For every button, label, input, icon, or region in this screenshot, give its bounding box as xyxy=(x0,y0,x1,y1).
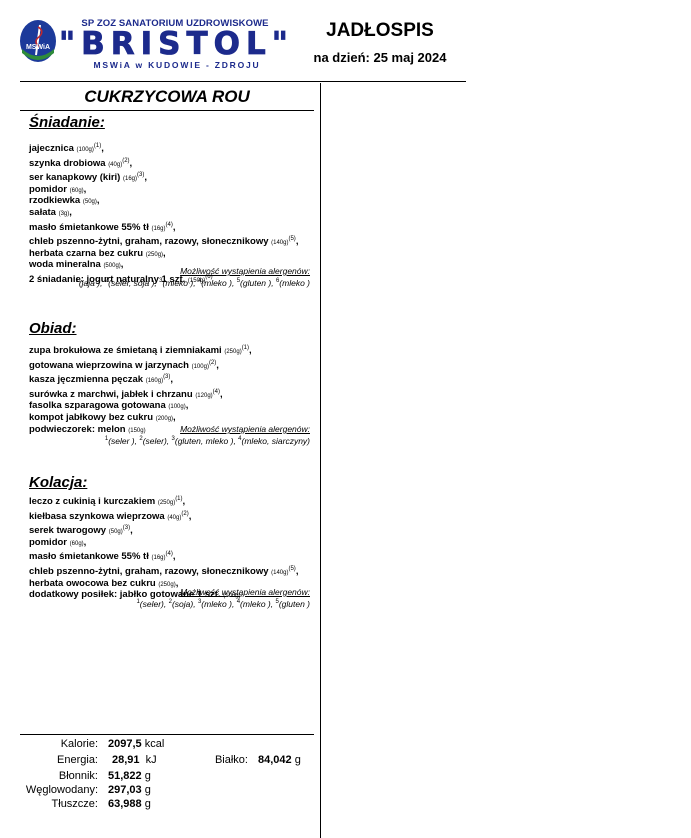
divider xyxy=(20,734,314,735)
separator: , xyxy=(130,158,133,169)
nutrition-label: Tłuszcze: xyxy=(0,797,98,811)
separator: , xyxy=(173,222,176,233)
menu-item-name: fasolka szparagowa gotowana xyxy=(29,400,168,411)
allergen-text: (mleko, siarczyny) xyxy=(242,436,310,446)
column-divider xyxy=(320,83,321,838)
meal-heading-breakfast: Śniadanie: xyxy=(29,114,105,131)
separator: , xyxy=(296,566,299,577)
menu-item-name: kiełbasa szynkowa wieprzowa xyxy=(29,511,167,522)
allergen-text: (jaja ), xyxy=(79,278,105,288)
allergen-label-lunch: Możliwość wystąpienia alergenów: xyxy=(20,424,310,434)
nutrition-value: 84,042 g xyxy=(258,753,301,767)
menu-item-name: sałata xyxy=(29,207,59,218)
allergen-ref: (1) xyxy=(242,345,249,351)
menu-item: kiełbasa szynkowa wieprzowa (40g)(2), xyxy=(29,509,319,524)
separator: , xyxy=(216,360,219,371)
menu-item-portion: (250g) xyxy=(224,349,241,355)
separator: , xyxy=(84,184,87,195)
menu-item-portion: (100g) xyxy=(77,147,94,153)
menu-item-name: zupa brokułowa ze śmietaną i ziemniakami xyxy=(29,345,224,356)
menu-item-portion: (250g) xyxy=(146,252,163,258)
menu-item-portion: (60g) xyxy=(70,188,84,194)
menu-item: kasza jęczmienna pęczak (160g)(3), xyxy=(29,372,319,387)
separator: , xyxy=(130,525,133,536)
menu-item: gotowana wieprzowina w jarzynach (100g)(… xyxy=(29,358,319,373)
allergen-ref: (2) xyxy=(181,511,188,517)
menu-item-name: kasza jęczmienna pęczak xyxy=(29,374,146,385)
menu-item-name: surówka z marchwi, jabłek i chrzanu xyxy=(29,389,195,400)
menu-item: pomidor (60g), xyxy=(29,538,319,550)
menu-item-name: masło śmietankowe 55% tł xyxy=(29,551,152,562)
menu-item: ser kanapkowy (kiri) (16g)(3), xyxy=(29,170,319,185)
allergen-text: (seler ), xyxy=(108,436,139,446)
menu-item-portion: (16g) xyxy=(152,555,166,561)
sanatorium-logo: MSWiA SP ZOZ SANATORIUM UZDROWISKOWE "BR… xyxy=(19,17,284,67)
allergen-ref: (4) xyxy=(213,389,220,395)
menu-item: sałata (3g), xyxy=(29,208,319,220)
allergen-ref: (4) xyxy=(166,222,173,228)
separator: , xyxy=(186,400,189,411)
menu-item: chleb pszenno-żytni, graham, razowy, sło… xyxy=(29,564,319,579)
meal-items-breakfast: jajecznica (100g)(1),szynka drobiowa (40… xyxy=(29,141,319,287)
allergen-ref: (3) xyxy=(123,525,130,531)
separator: , xyxy=(173,551,176,562)
page-title: JADŁOSPIS xyxy=(300,20,460,42)
allergen-label-dinner: Możliwość wystąpienia alergenów: xyxy=(20,587,310,597)
separator: , xyxy=(170,374,173,385)
logo-name: "BRISTOL" xyxy=(59,27,291,61)
allergen-text: (gluten ), xyxy=(240,278,276,288)
separator: , xyxy=(296,236,299,247)
separator: , xyxy=(144,172,147,183)
logo-bottom-text: MSWiA w KUDOWIE - ZDROJU xyxy=(77,60,277,70)
nutrition-label: Błonnik: xyxy=(0,769,98,783)
menu-item: zupa brokułowa ze śmietaną i ziemniakami… xyxy=(29,343,319,358)
menu-item-name: jajecznica xyxy=(29,143,77,154)
menu-item-portion: (40g) xyxy=(108,162,122,168)
allergen-text: (seler), xyxy=(143,436,172,446)
allergen-text: (mleko ), xyxy=(163,278,198,288)
divider xyxy=(20,110,314,111)
menu-item-portion: (140g) xyxy=(271,240,288,246)
menu-item-portion: (250g) xyxy=(158,500,175,506)
svg-text:MSWiA: MSWiA xyxy=(26,44,50,51)
separator: , xyxy=(183,496,186,507)
menu-item-name: serek twarogowy xyxy=(29,525,109,536)
menu-item-portion: (100g) xyxy=(168,404,185,410)
menu-item-name: pomidor xyxy=(29,184,70,195)
allergen-text: (seler, soja ), xyxy=(108,278,159,288)
separator: , xyxy=(84,537,87,548)
menu-item: masło śmietankowe 55% tł (16g)(4), xyxy=(29,549,319,564)
allergen-text: (seler), xyxy=(140,599,169,609)
allergen-text: (mleko ), xyxy=(240,599,275,609)
meal-heading-lunch: Obiad: xyxy=(29,320,77,337)
menu-item: rzodkiewka (50g), xyxy=(29,196,319,208)
allergen-ref: (5) xyxy=(288,236,295,242)
nutrition-value: 51,822 g xyxy=(108,769,151,783)
menu-item-portion: (120g) xyxy=(195,393,212,399)
allergen-ref: (1) xyxy=(175,496,182,502)
allergen-ref: (4) xyxy=(166,551,173,557)
menu-item-name: chleb pszenno-żytni, graham, razowy, sło… xyxy=(29,566,271,577)
menu-item-name: kompot jabłkowy bez cukru xyxy=(29,412,156,423)
allergen-text: (gluten, mleko ), xyxy=(175,436,238,446)
allergen-text: (mleko ), xyxy=(201,599,236,609)
menu-item-name: pomidor xyxy=(29,537,70,548)
menu-item-portion: (40g) xyxy=(167,515,181,521)
menu-item-name: masło śmietankowe 55% tł xyxy=(29,222,152,233)
allergen-text: (mleko ) xyxy=(279,278,310,288)
menu-item-name: szynka drobiowa xyxy=(29,158,108,169)
meal-items-lunch: zupa brokułowa ze śmietaną i ziemniakami… xyxy=(29,343,319,436)
menu-item-name: ser kanapkowy (kiri) xyxy=(29,172,123,183)
menu-item-name: rzodkiewka xyxy=(29,195,83,206)
nutrition-value: 297,03 g xyxy=(108,783,151,797)
separator: , xyxy=(97,195,100,206)
menu-item: serek twarogowy (50g)(3), xyxy=(29,523,319,538)
menu-item-portion: (50g) xyxy=(109,529,123,535)
nutrition-label: Kalorie: xyxy=(0,737,98,751)
menu-item-portion: (50g) xyxy=(83,199,97,205)
separator: , xyxy=(69,207,72,218)
divider xyxy=(20,81,466,82)
menu-item-portion: (16g) xyxy=(152,226,166,232)
menu-item: leczo z cukinią i kurczakiem (250g)(1), xyxy=(29,494,319,509)
menu-item-name: gotowana wieprzowina w jarzynach xyxy=(29,360,192,371)
menu-item: jajecznica (100g)(1), xyxy=(29,141,319,156)
menu-date: na dzień: 25 maj 2024 xyxy=(290,50,470,65)
allergen-list-lunch: 1(seler ), 2(seler), 3(gluten, mleko ), … xyxy=(0,436,310,446)
menu-item: szynka drobiowa (40g)(2), xyxy=(29,156,319,171)
meal-items-dinner: leczo z cukinią i kurczakiem (250g)(1),k… xyxy=(29,494,319,602)
separator: , xyxy=(249,345,252,356)
separator: , xyxy=(220,389,223,400)
menu-item-name: chleb pszenno-żytni, graham, razowy, sło… xyxy=(29,236,271,247)
menu-item-name: leczo z cukinią i kurczakiem xyxy=(29,496,158,507)
nutrition-label: Węglowodany: xyxy=(0,783,98,797)
menu-item-portion: (100g) xyxy=(192,364,209,370)
nutrition-value: 63,988 g xyxy=(108,797,151,811)
mswia-emblem-icon: MSWiA xyxy=(19,19,57,63)
menu-item-name: herbata czarna bez cukru xyxy=(29,248,146,259)
meal-heading-dinner: Kolacja: xyxy=(29,474,87,491)
allergen-text: (gluten ) xyxy=(279,599,310,609)
allergen-ref: (5) xyxy=(288,566,295,572)
nutrition-label: Energia: xyxy=(0,753,98,767)
menu-item-portion: (3g) xyxy=(59,211,70,217)
allergen-label-breakfast: Możliwość wystąpienia alergenów: xyxy=(20,266,310,276)
menu-item-portion: (60g) xyxy=(70,541,84,547)
menu-item: surówka z marchwi, jabłek i chrzanu (120… xyxy=(29,387,319,402)
separator: , xyxy=(189,511,192,522)
menu-item: chleb pszenno-żytni, graham, razowy, sło… xyxy=(29,234,319,249)
menu-item-portion: (16g) xyxy=(123,176,137,182)
allergen-text: (soja), xyxy=(172,599,198,609)
nutrition-value: 2097,5 kcal xyxy=(108,737,164,751)
diet-title: CUKRZYCOWA ROU xyxy=(20,87,314,107)
allergen-list-dinner: 1(seler), 2(soja), 3(mleko ), 4(mleko ),… xyxy=(0,599,310,609)
menu-item: masło śmietankowe 55% tł (16g)(4), xyxy=(29,220,319,235)
allergen-text: (mleko ), xyxy=(201,278,236,288)
allergen-list-breakfast: 1(jaja ), 2(seler, soja ), 3(mleko ), 4(… xyxy=(0,278,310,288)
menu-item-portion: (160g) xyxy=(146,378,163,384)
separator: , xyxy=(163,248,166,259)
menu-item-portion: (200g) xyxy=(156,416,173,422)
nutrition-label: Białko: xyxy=(150,753,248,767)
menu-item-portion: (140g) xyxy=(271,570,288,576)
separator: , xyxy=(173,412,176,423)
separator: , xyxy=(101,143,104,154)
allergen-ref: (2) xyxy=(122,158,129,164)
